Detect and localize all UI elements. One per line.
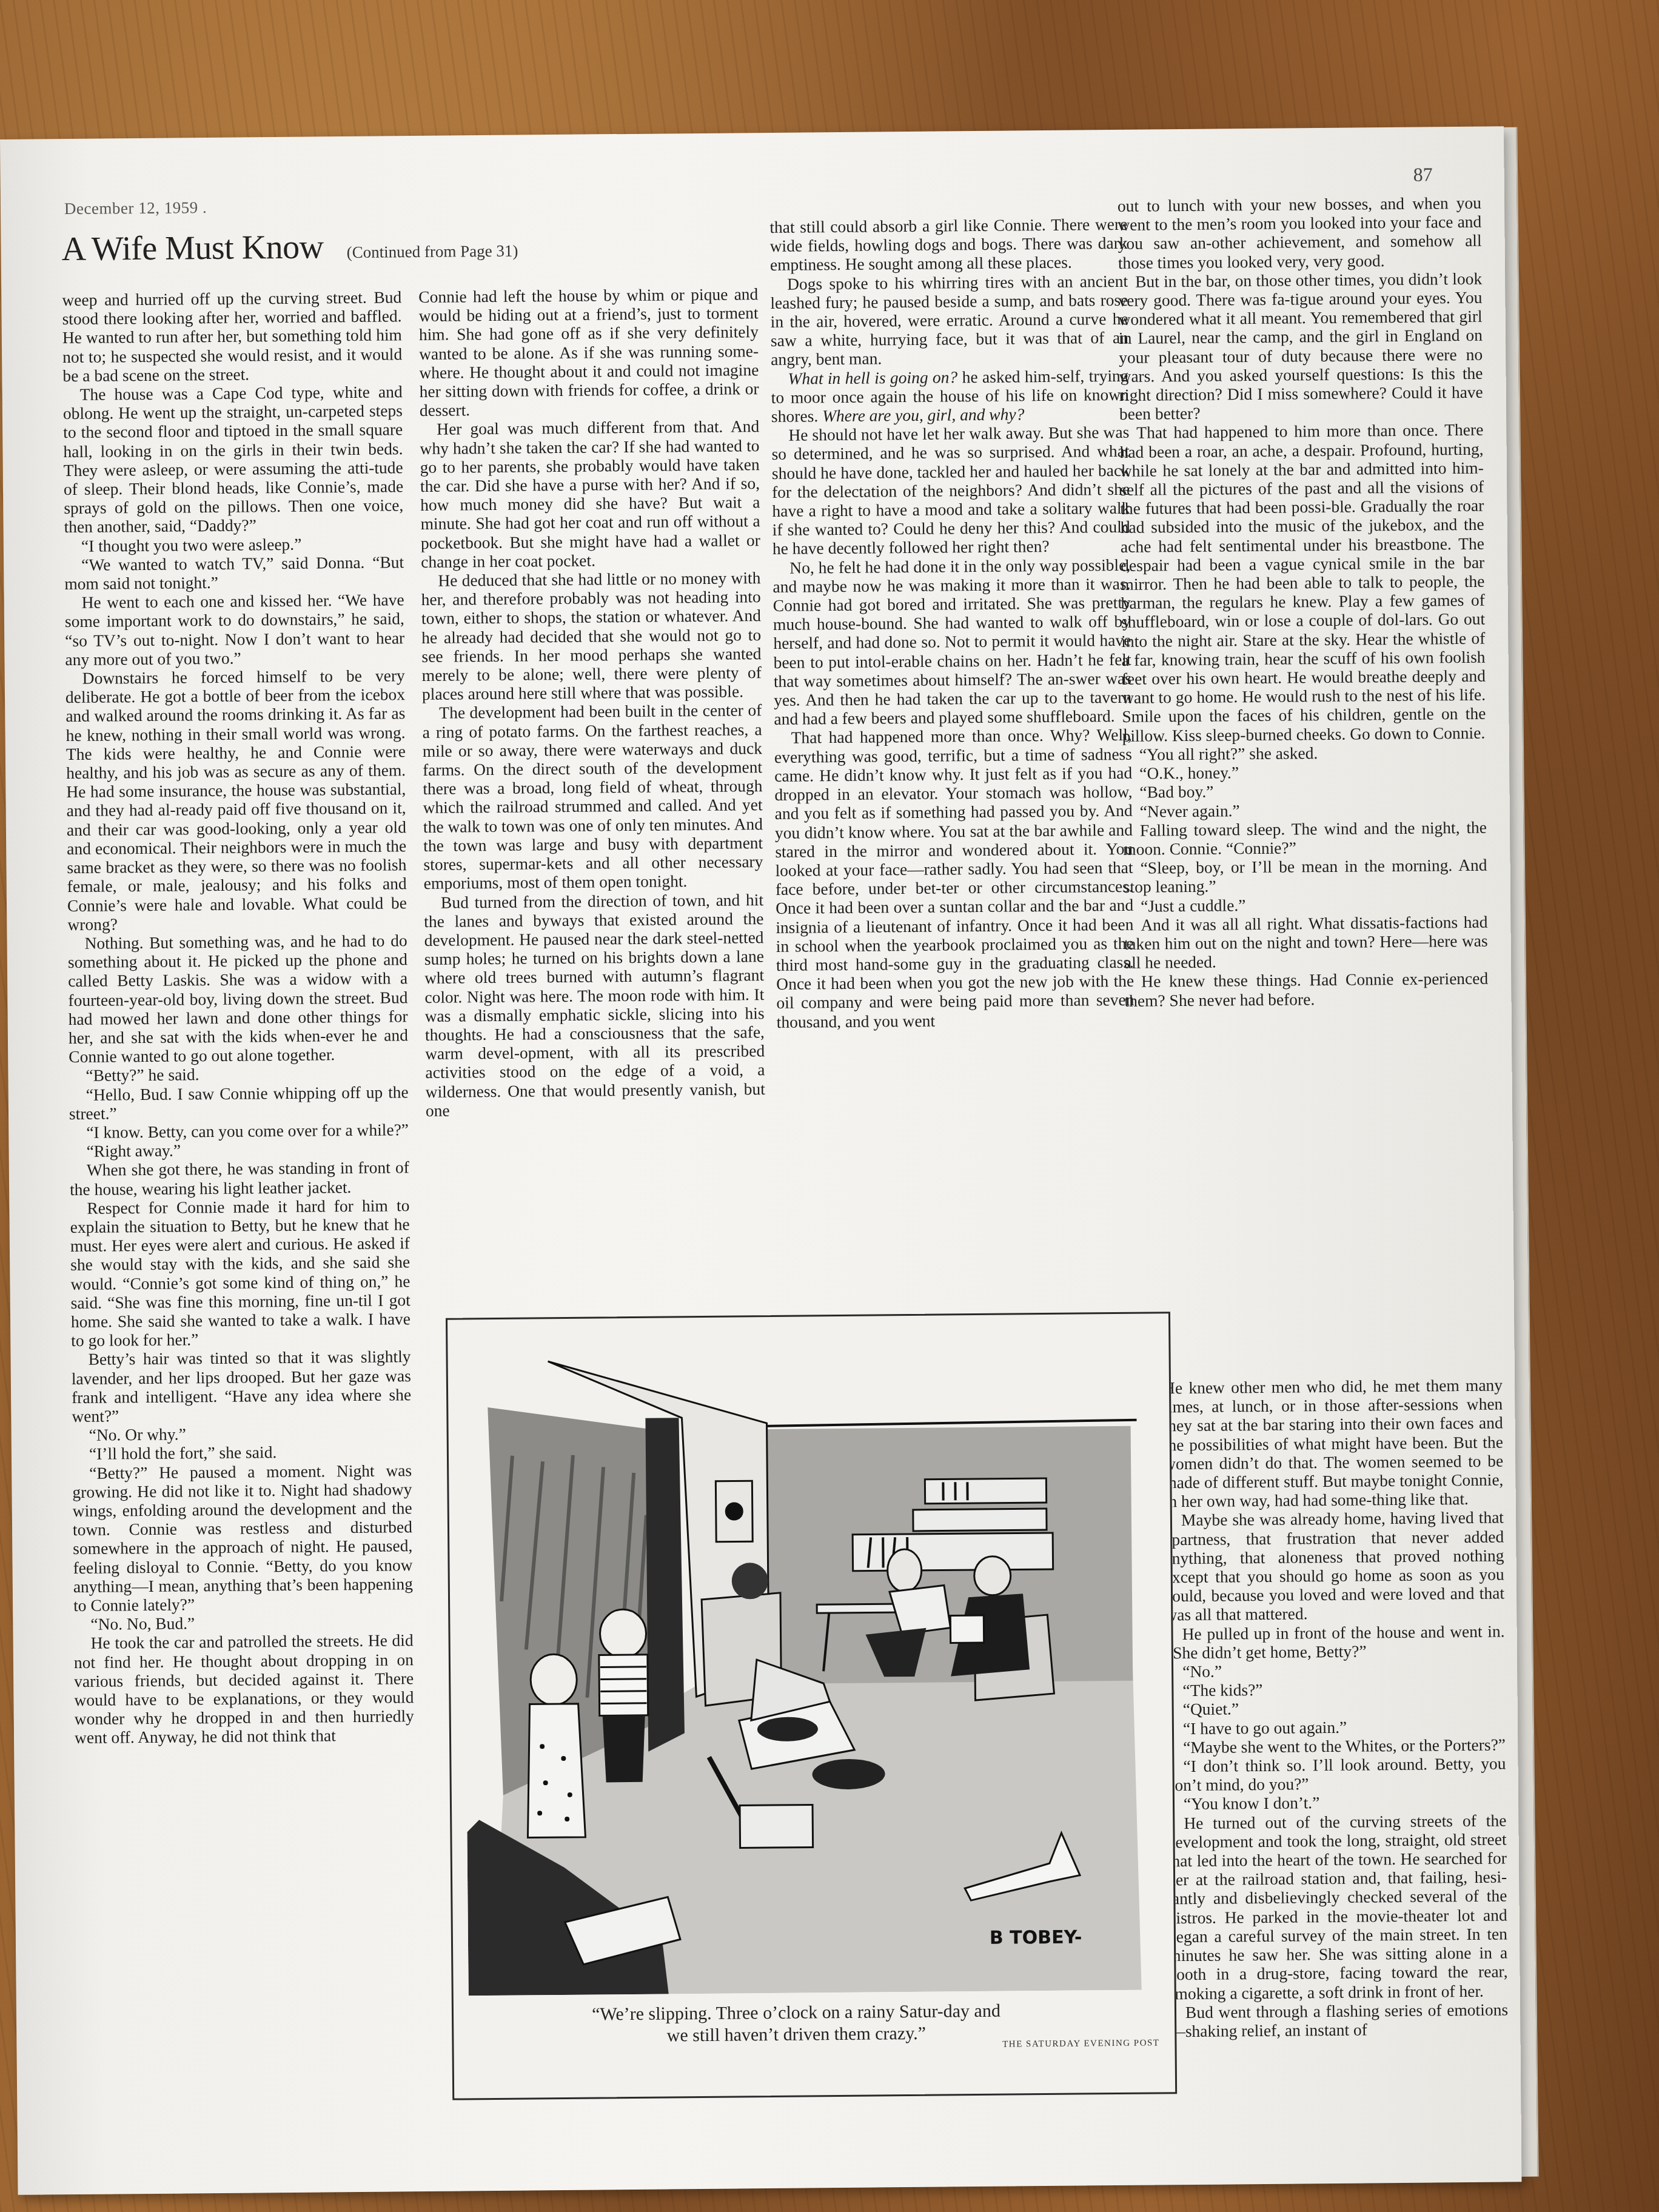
article-paragraph: He should not have let her walk away. Bu… xyxy=(771,423,1130,558)
article-paragraph: He turned out of the curving streets of … xyxy=(1167,1811,1508,2003)
cartoon-illustration xyxy=(463,1329,1159,1996)
article-paragraph: “No. Or why.” xyxy=(72,1423,412,1444)
article-paragraph: He knew these things. Had Connie ex-peri… xyxy=(1124,969,1489,1010)
story-title: A Wife Must Know xyxy=(61,227,324,269)
article-paragraph: “Betty?” he said. xyxy=(69,1064,408,1085)
article-paragraph: “The kids?” xyxy=(1165,1678,1505,1700)
article-paragraph: No, he felt he had done it in the only w… xyxy=(773,555,1131,728)
article-paragraph: Respect for Connie made it hard for him … xyxy=(70,1196,411,1350)
article-paragraph: “Bad boy.” xyxy=(1122,780,1486,802)
article-paragraph: He went to each one and kissed her. “We … xyxy=(65,590,405,669)
article-paragraph: “You know I don’t.” xyxy=(1167,1792,1506,1814)
article-paragraph: that still could absorb a girl like Conn… xyxy=(769,215,1128,275)
issue-date: December 12, 1959 . xyxy=(64,198,207,218)
article-paragraph: He pulled up in front of the house and w… xyxy=(1165,1621,1505,1662)
article-paragraph: When she got there, he was standing in f… xyxy=(70,1158,410,1199)
article-paragraph: “Betty?” He paused a moment. Night was g… xyxy=(72,1461,413,1615)
cartoon-caption: “We’re slipping. Three o’clock on a rain… xyxy=(584,2000,1009,2048)
article-paragraph: weep and hurried off up the curving stre… xyxy=(62,287,402,385)
article-paragraph: “Hello, Bud. I saw Connie whipping off u… xyxy=(69,1082,409,1123)
article-paragraph: He knew other men who did, he met them m… xyxy=(1163,1375,1504,1510)
article-paragraph: That had happened to him more than once.… xyxy=(1119,420,1486,745)
article-paragraph: And it was all all right. What dissatis-… xyxy=(1124,912,1488,972)
article-paragraph: “We wanted to watch TV,” said Donna. “Bu… xyxy=(64,552,404,593)
text-column-1: weep and hurried off up the curving stre… xyxy=(62,287,414,1747)
article-paragraph: Betty’s hair was tinted so that it was s… xyxy=(71,1347,411,1426)
text-column-4-lower: He knew other men who did, he met them m… xyxy=(1163,1375,1509,2040)
article-paragraph: “Quiet.” xyxy=(1166,1697,1506,1719)
article-paragraph: out to lunch with your new bosses, and w… xyxy=(1118,193,1482,272)
article-paragraph: Her goal was much different from that. A… xyxy=(420,417,760,572)
article-paragraph: Maybe she was already home, having lived… xyxy=(1164,1508,1505,1624)
article-paragraph: What in hell is going on? he asked him-s… xyxy=(771,366,1129,426)
article-paragraph: “I thought you two were asleep.” xyxy=(64,534,404,555)
article-paragraph: Connie had left the house by whim or piq… xyxy=(418,284,759,420)
page-number: 87 xyxy=(1413,163,1432,186)
article-paragraph: The development had been built in the ce… xyxy=(422,701,763,893)
article-paragraph: Dogs spoke to his whirring tires with an… xyxy=(770,271,1128,369)
article-paragraph: That had happened more than once. Why? W… xyxy=(774,725,1134,1031)
article-paragraph: The house was a Cape Cod type, white and… xyxy=(63,382,404,537)
continued-note: (Continued from Page 31) xyxy=(347,242,518,262)
article-paragraph: Nothing. But something was, and he had t… xyxy=(67,931,408,1066)
text-column-3: that still could absorb a girl like Conn… xyxy=(769,215,1134,1031)
article-paragraph: “I know. Betty, can you come over for a … xyxy=(69,1120,409,1142)
article-paragraph: He deduced that she had little or no mon… xyxy=(421,568,762,703)
article-paragraph: “Maybe she went to the Whites, or the Po… xyxy=(1166,1735,1506,1757)
article-paragraph: “Sleep, boy, or I’ll be mean in the morn… xyxy=(1123,856,1487,897)
text-column-4: out to lunch with your new bosses, and w… xyxy=(1118,193,1489,1010)
article-paragraph: He took the car and patrolled the street… xyxy=(74,1631,415,1748)
article-paragraph: Bud turned from the direction of town, a… xyxy=(424,890,765,1120)
artist-signature: B TOBEY- xyxy=(990,1927,1082,1949)
cartoon-panel: B TOBEY- “We’re slipping. Three o’clock … xyxy=(446,1312,1177,2100)
article-paragraph: “No.” xyxy=(1165,1659,1505,1681)
article-paragraph: “I don’t think so. I’ll look around. Bet… xyxy=(1166,1754,1506,1794)
article-paragraph: “O.K., honey.” xyxy=(1122,761,1486,783)
magazine-page: December 12, 1959 . 87 A Wife Must Know … xyxy=(0,126,1521,2195)
article-paragraph: “Just a cuddle.” xyxy=(1124,893,1487,915)
article-paragraph: Falling toward sleep. The wind and the n… xyxy=(1123,817,1487,859)
article-paragraph: “No. No, Bud.” xyxy=(73,1612,413,1634)
article-paragraph: “Right away.” xyxy=(69,1139,409,1161)
article-paragraph: Bud went through a flashing series of em… xyxy=(1168,2000,1509,2040)
article-paragraph: “I have to go out again.” xyxy=(1166,1716,1506,1738)
article-paragraph: “I’ll hold the fort,” she said. xyxy=(72,1442,412,1464)
story-headline: A Wife Must Know (Continued from Page 31… xyxy=(61,226,518,269)
article-paragraph: “Never again.” xyxy=(1123,799,1487,820)
article-paragraph: Downstairs he forced himself to be very … xyxy=(65,666,407,934)
article-paragraph: “You all right?” she asked. xyxy=(1122,742,1486,764)
article-paragraph: But in the bar, on those other times, yo… xyxy=(1118,269,1483,423)
cartoon-credit: THE SATURDAY EVENING POST xyxy=(1002,2038,1159,2049)
text-column-2: Connie had left the house by whim or piq… xyxy=(418,284,765,1120)
